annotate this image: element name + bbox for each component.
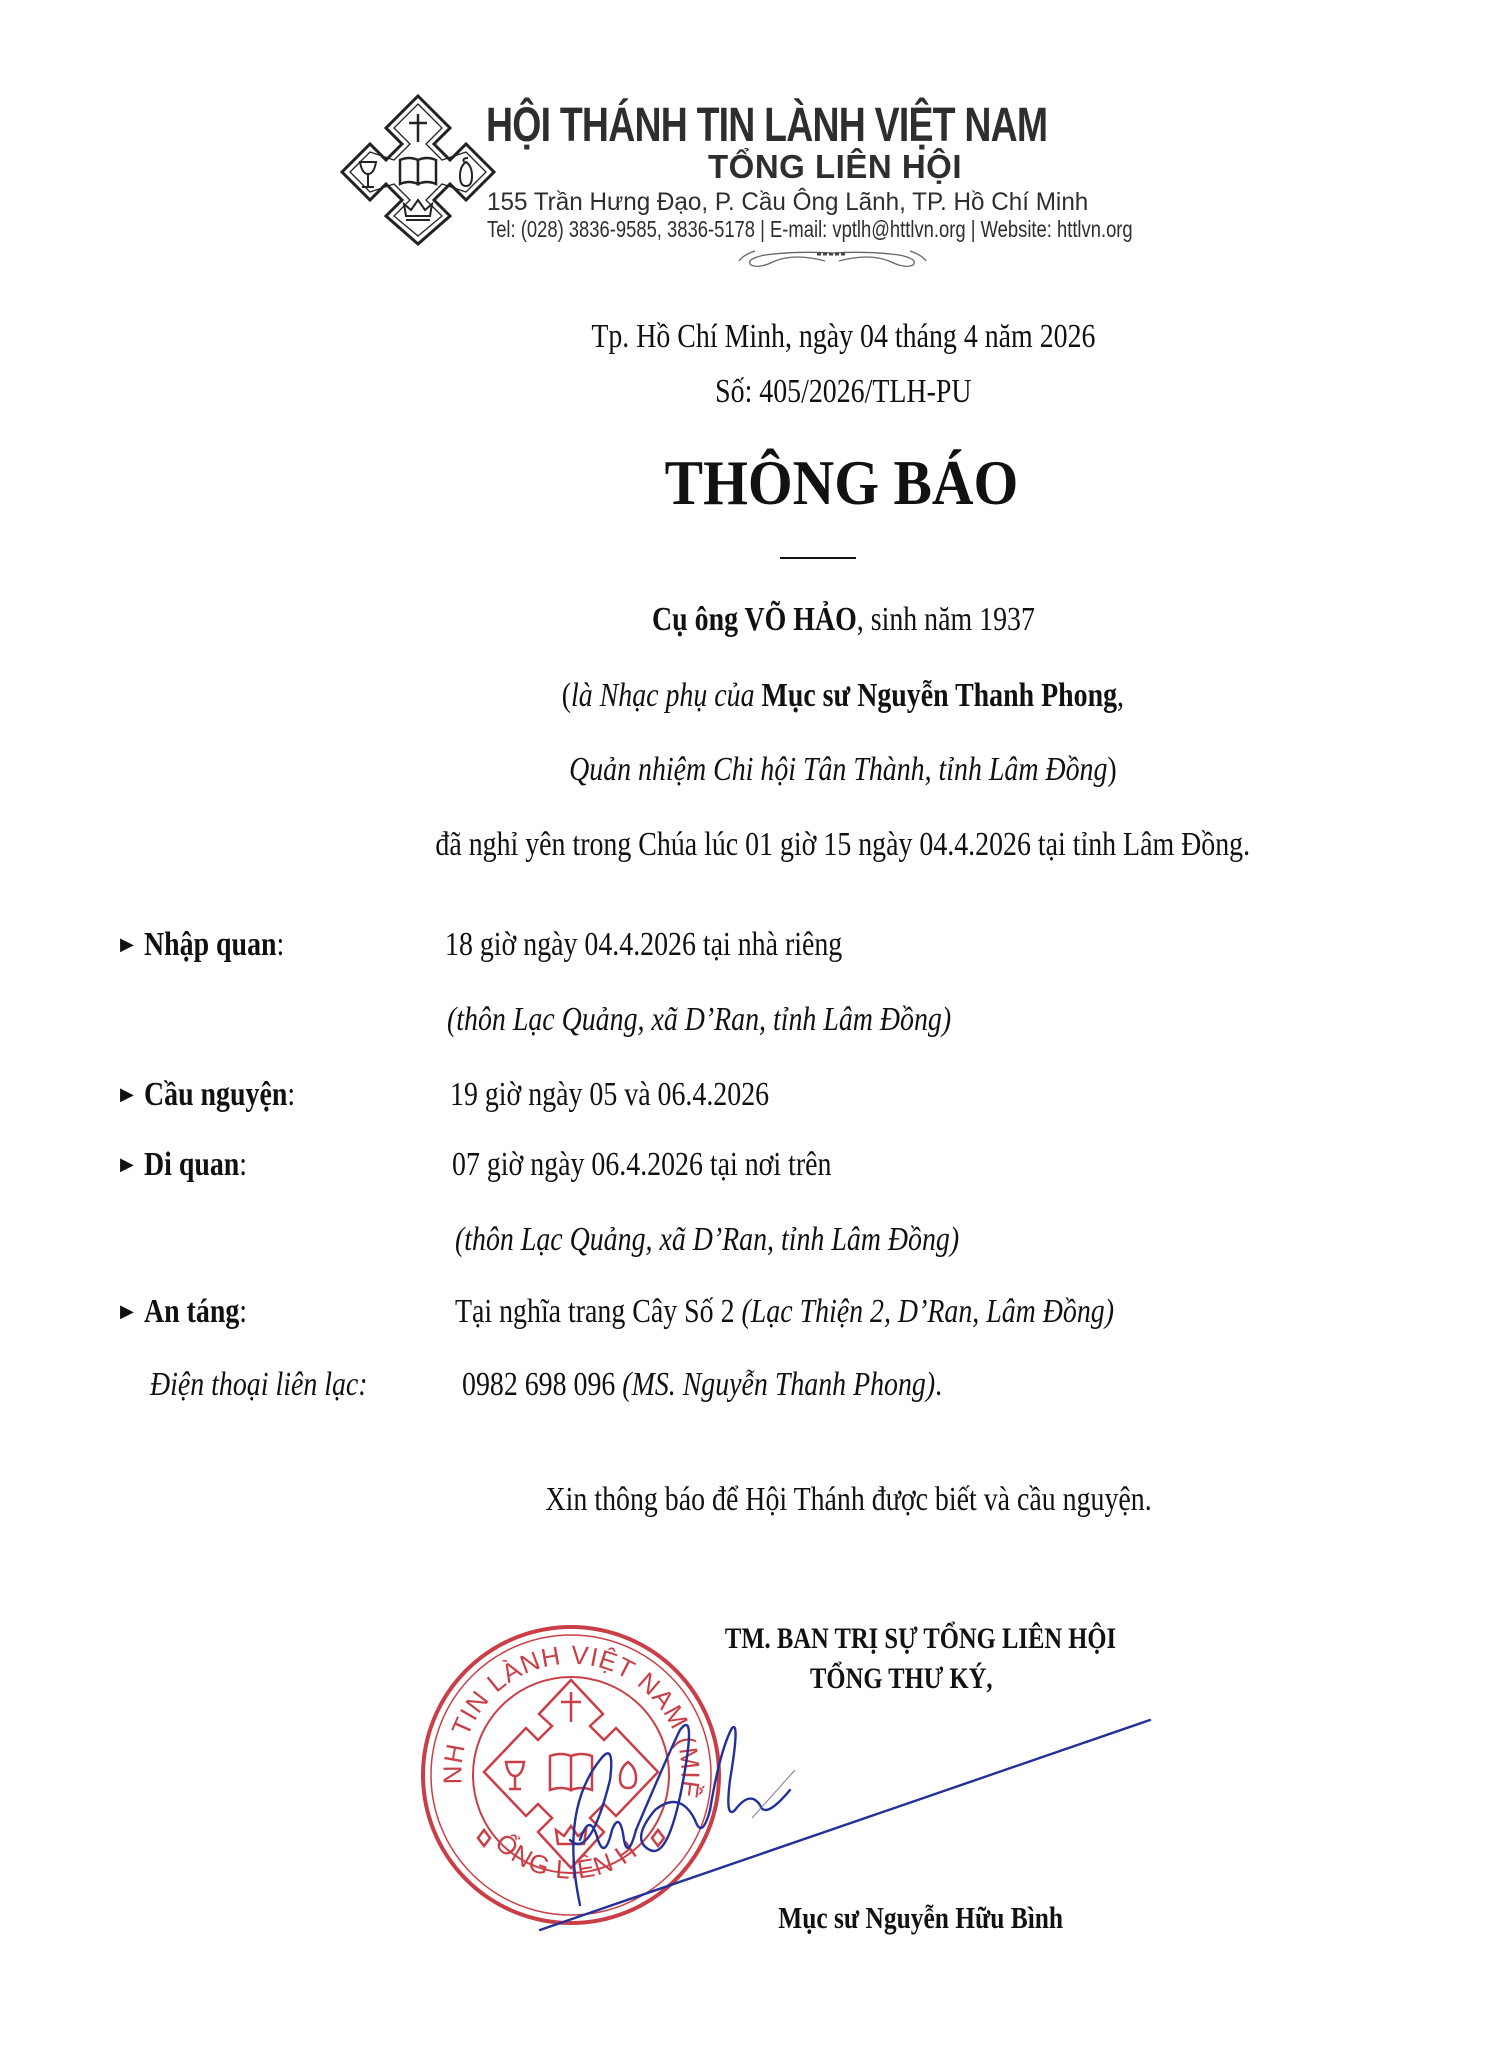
page-title: THÔNG BÁO: [0, 450, 1502, 516]
schedule-item-label: ▶Nhập quan:: [120, 925, 315, 967]
schedule-item-subvalue: (thôn Lạc Quảng, xã D’Ran, tỉnh Lâm Đồng…: [447, 1000, 1062, 1040]
colon: :: [276, 926, 284, 963]
date-text: Tp. Hồ Chí Minh, ngày 04 tháng 4 năm 202…: [591, 317, 1095, 357]
deceased-name: Cụ ông VÕ HẢO: [652, 601, 857, 638]
subvalue-text: (thôn Lạc Quảng, xã D’Ran, tỉnh Lâm Đồng…: [447, 1000, 951, 1040]
colon: :: [239, 1293, 247, 1330]
schedule-item-label: ▶Cầu nguyện:: [120, 1075, 328, 1117]
congregation-text: Quản nhiệm Chi hội Tân Thành, tỉnh Lâm Đ…: [569, 751, 1107, 788]
triangle-right-icon: ▶: [120, 924, 134, 964]
subvalue-text: (thôn Lạc Quảng, xã D’Ran, tỉnh Lâm Đồng…: [455, 1220, 959, 1260]
title-divider: [780, 557, 856, 559]
signatory-organization: TM. BAN TRỊ SỰ TỔNG LIÊN HỘI: [0, 1622, 1502, 1656]
birth-year: , sinh năm 1937: [856, 601, 1034, 638]
organization-address: 155 Trần Hưng Đạo, P. Cầu Ông Lãnh, TP. …: [487, 188, 1088, 217]
triangle-right-icon: ▶: [120, 1144, 134, 1184]
relation-line: (là Nhạc phụ của Mục sư Nguyễn Thanh Pho…: [0, 676, 1502, 716]
signer-name-text: Mục sư Nguyễn Hữu Bình: [779, 1900, 1064, 1936]
schedule-item-label: ▶Di quan:: [120, 1145, 270, 1187]
organization-name: HỘI THÁNH TIN LÀNH VIỆT NAM: [486, 98, 1047, 153]
paren-close: ): [1108, 751, 1117, 788]
relation-text: là Nhạc phụ của: [571, 677, 761, 714]
on-behalf-text: TM. BAN TRỊ SỰ TỔNG LIÊN HỘI: [725, 1622, 1116, 1656]
schedule-item-subvalue: (thôn Lạc Quảng, xã D’Ran, tỉnh Lâm Đồng…: [455, 1220, 1070, 1260]
value-text: Tại nghĩa trang Cây Số 2: [455, 1293, 742, 1330]
label-text: Di quan: [144, 1146, 239, 1183]
passing-text: đã nghỉ yên trong Chúa lúc 01 giờ 15 ngà…: [436, 825, 1251, 865]
closing-line: Xin thông báo để Hội Thánh được biết và …: [0, 1480, 1502, 1520]
triangle-right-icon: ▶: [120, 1291, 134, 1331]
date-line: Tp. Hồ Chí Minh, ngày 04 tháng 4 năm 202…: [0, 317, 1502, 357]
reference-number: Số: 405/2026/TLH-PU: [0, 372, 1502, 412]
phone-number: 0982 698 096: [462, 1366, 622, 1403]
phone-owner: (MS. Nguyễn Thanh Phong): [622, 1366, 935, 1403]
organization-subtitle: TỔNG LIÊN HỘI: [0, 148, 1180, 186]
pastor-name: Mục sư Nguyễn Thanh Phong: [762, 677, 1118, 714]
label-text: Nhập quan: [144, 926, 277, 963]
congregation-line: Quản nhiệm Chi hội Tân Thành, tỉnh Lâm Đ…: [0, 750, 1502, 790]
reference-text: Số: 405/2026/TLH-PU: [715, 372, 971, 412]
flourish-divider-icon: [735, 243, 930, 273]
contact-phone-value: 0982 698 096 (MS. Nguyễn Thanh Phong).: [462, 1365, 1048, 1405]
deceased-line: Cụ ông VÕ HẢO, sinh năm 1937: [0, 600, 1502, 640]
organization-subtitle-text: TỔNG LIÊN HỘI: [708, 148, 962, 186]
signer-name: Mục sư Nguyễn Hữu Bình: [0, 1900, 1502, 1936]
colon: :: [239, 1146, 247, 1183]
value-italic-text: (Lạc Thiện 2, D’Ran, Lâm Đồng): [742, 1293, 1114, 1330]
label-text: Cầu nguyện: [144, 1076, 287, 1113]
contact-phone-label: Điện thoại liên lạc:: [150, 1365, 415, 1405]
schedule-item-value: Tại nghĩa trang Cây Số 2 (Lạc Thiện 2, D…: [455, 1292, 1259, 1332]
comma: ,: [1117, 677, 1124, 714]
colon: :: [287, 1076, 295, 1113]
triangle-right-icon: ▶: [120, 1074, 134, 1114]
schedule-item-value: 18 giờ ngày 04.4.2026 tại nhà riêng: [445, 925, 929, 965]
title-text: THÔNG BÁO: [664, 450, 1018, 516]
schedule-item-value: 19 giờ ngày 05 và 06.4.2026: [450, 1075, 839, 1115]
closing-text: Xin thông báo để Hội Thánh được biết và …: [546, 1480, 1152, 1520]
value-text: 18 giờ ngày 04.4.2026 tại nhà riêng: [445, 925, 842, 965]
value-text: 19 giờ ngày 05 và 06.4.2026: [450, 1075, 769, 1115]
schedule-item-label: ▶An táng:: [120, 1292, 270, 1334]
period: .: [935, 1366, 942, 1403]
organization-contact: Tel: (028) 3836-9585, 3836-5178 | E-mail…: [487, 216, 1133, 243]
value-text: 07 giờ ngày 06.4.2026 tại nơi trên: [452, 1145, 831, 1185]
phone-label-text: Điện thoại liên lạc:: [150, 1365, 368, 1405]
label-text: An táng: [144, 1293, 239, 1330]
schedule-item-value: 07 giờ ngày 06.4.2026 tại nơi trên: [452, 1145, 915, 1185]
passing-line: đã nghỉ yên trong Chúa lúc 01 giờ 15 ngà…: [0, 825, 1502, 865]
